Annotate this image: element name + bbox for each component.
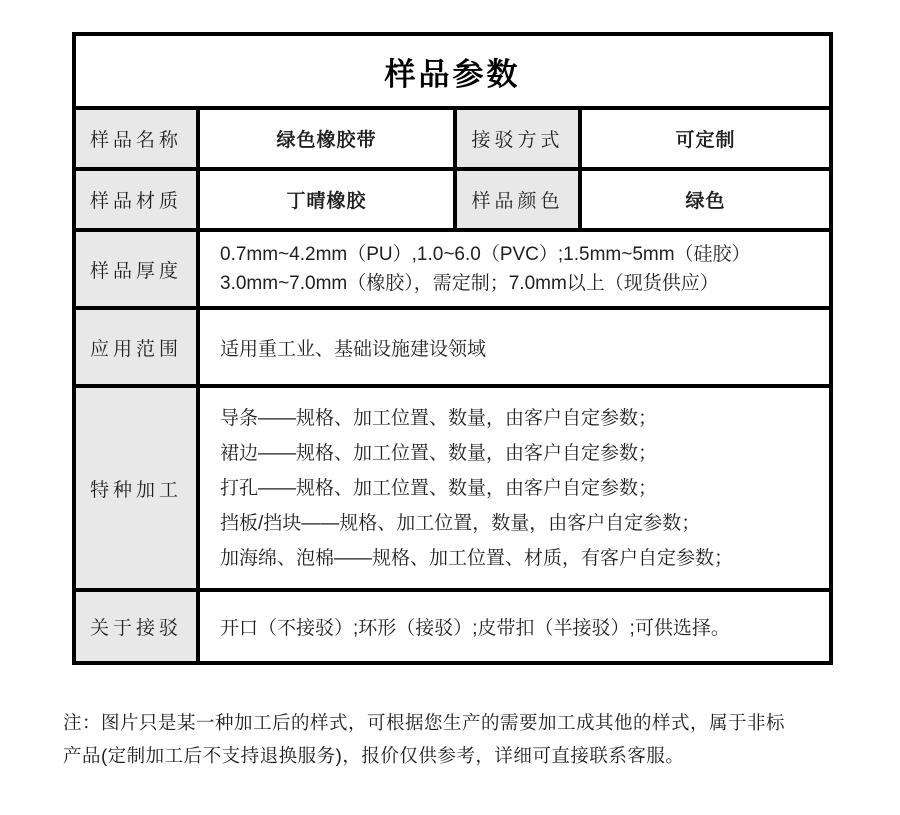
sample-material-label: 样品材质 <box>74 169 198 230</box>
row-about-joint: 关于接驳 开口（不接驳）;环形（接驳）;皮带扣（半接驳）;可供选择。 <box>74 590 831 663</box>
footnote-line-1: 注：图片只是某一种加工后的样式，可根据您生产的需要加工成其他的样式，属于非标 <box>63 706 863 739</box>
thickness-value: 0.7mm~4.2mm（PU）,1.0~6.0（PVC）;1.5mm~5mm（硅… <box>198 230 831 308</box>
application-label: 应用范围 <box>74 308 198 386</box>
special-line-4: 挡板/挡块——规格、加工位置，数量，由客户自定参数； <box>220 506 817 541</box>
thickness-label: 样品厚度 <box>74 230 198 308</box>
sample-name-label: 样品名称 <box>74 108 198 169</box>
page-title: 样品参数 <box>76 49 829 94</box>
title-cell: 样品参数 <box>74 34 831 108</box>
joint-method-value: 可定制 <box>580 108 831 169</box>
about-joint-label: 关于接驳 <box>74 590 198 663</box>
special-line-1: 导条——规格、加工位置、数量，由客户自定参数； <box>220 401 817 436</box>
row-thickness: 样品厚度 0.7mm~4.2mm（PU）,1.0~6.0（PVC）;1.5mm~… <box>74 230 831 308</box>
spec-table: 样品参数 样品名称 绿色橡胶带 接驳方式 可定制 样品材质 丁晴橡胶 样品颜色 … <box>72 32 833 665</box>
thickness-line-2: 3.0mm~7.0mm（橡胶），需定制；7.0mm以上（现货供应） <box>220 269 817 298</box>
row-material-color: 样品材质 丁晴橡胶 样品颜色 绿色 <box>74 169 831 230</box>
application-value: 适用重工业、基础设施建设领域 <box>198 308 831 386</box>
special-line-2: 裙边——规格、加工位置、数量，由客户自定参数； <box>220 436 817 471</box>
footnote: 注：图片只是某一种加工后的样式，可根据您生产的需要加工成其他的样式，属于非标 产… <box>63 706 863 772</box>
special-line-5: 加海绵、泡棉——规格、加工位置、材质，有客户自定参数； <box>220 541 817 576</box>
sample-name-value: 绿色橡胶带 <box>198 108 455 169</box>
special-processing-label: 特种加工 <box>74 386 198 590</box>
thickness-line-1: 0.7mm~4.2mm（PU）,1.0~6.0（PVC）;1.5mm~5mm（硅… <box>220 240 817 269</box>
sample-color-label: 样品颜色 <box>455 169 580 230</box>
sample-material-value: 丁晴橡胶 <box>198 169 455 230</box>
footnote-line-2: 产品(定制加工后不支持退换服务)，报价仅供参考，详细可直接联系客服。 <box>63 739 863 772</box>
row-name-joint: 样品名称 绿色橡胶带 接驳方式 可定制 <box>74 108 831 169</box>
page: 样品参数 样品名称 绿色橡胶带 接驳方式 可定制 样品材质 丁晴橡胶 样品颜色 … <box>0 0 900 815</box>
special-processing-value: 导条——规格、加工位置、数量，由客户自定参数； 裙边——规格、加工位置、数量，由… <box>198 386 831 590</box>
about-joint-value: 开口（不接驳）;环形（接驳）;皮带扣（半接驳）;可供选择。 <box>198 590 831 663</box>
sample-color-value: 绿色 <box>580 169 831 230</box>
special-line-3: 打孔——规格、加工位置、数量，由客户自定参数； <box>220 471 817 506</box>
title-row: 样品参数 <box>74 34 831 108</box>
row-special-processing: 特种加工 导条——规格、加工位置、数量，由客户自定参数； 裙边——规格、加工位置… <box>74 386 831 590</box>
row-application: 应用范围 适用重工业、基础设施建设领域 <box>74 308 831 386</box>
joint-method-label: 接驳方式 <box>455 108 580 169</box>
